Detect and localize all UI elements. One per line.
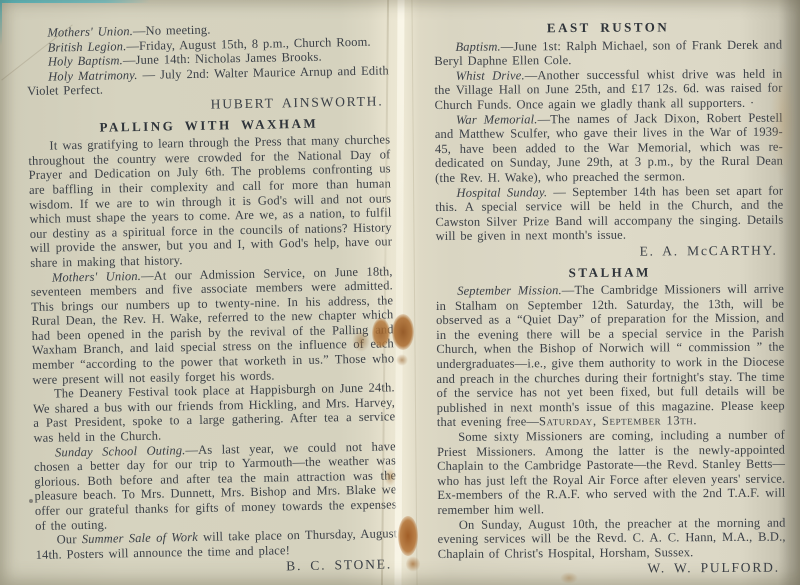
italic-lead-in: Baptism. [455, 39, 500, 53]
paragraph-text: —The Cambridge Missioners will arrive in… [436, 282, 785, 430]
section-heading: STALHAM [436, 264, 784, 281]
paragraph-text: Saturday, September 13th. [539, 414, 697, 429]
italic-lead-in: Sunday School Outing. [55, 443, 186, 459]
italic-lead-in: Hospital Sunday. [456, 185, 547, 200]
italic-lead-in: Mothers' Union. [52, 268, 141, 284]
background-sliver-left [0, 0, 2, 46]
body-paragraph: Mothers' Union.—At our Admission Service… [30, 264, 394, 387]
scanned-magazine-spread: Mothers' Union.—No meeting.British Legio… [0, 0, 800, 585]
italic-lead-in: War Memorial. [456, 112, 538, 127]
body-paragraph: Whist Drive.—Another successful whist dr… [434, 66, 782, 112]
fold-crease [411, 0, 417, 585]
paragraph-text: The Deanery Festival took place at Happi… [33, 381, 395, 445]
ink-speck [29, 499, 33, 503]
author-signature: E. A. McCARTHY. [436, 244, 778, 261]
body-paragraph: War Memorial.—The names of Jack Dixon, R… [435, 110, 784, 185]
fox-stain [398, 516, 418, 556]
paragraph-text: —No meeting. [133, 23, 211, 38]
fox-stain [406, 556, 420, 572]
italic-lead-in: September Mission. [457, 283, 562, 298]
body-paragraph: It was gratifying to learn through the P… [28, 133, 392, 271]
italic-lead-in: British Legion. [48, 39, 127, 54]
left-page-column: Mothers' Union.—No meeting.British Legio… [26, 19, 398, 583]
body-paragraph: Some sixty Missioners are coming, includ… [437, 428, 786, 518]
italic-lead-in: Holy Baptism. [48, 53, 123, 68]
paragraph-text: Some sixty Missioners are coming, includ… [437, 428, 785, 517]
fox-stain [396, 354, 408, 366]
body-paragraph: The Deanery Festival took place at Happi… [33, 381, 396, 446]
body-paragraph: Sunday School Outing.—As last year, we c… [34, 439, 398, 533]
italic-lead-in: Holy Matrimony. [48, 68, 138, 84]
paragraph-text: On Sunday, August 10th, the preacher at … [438, 515, 786, 561]
italic-lead-in: Mothers' Union. [47, 24, 133, 40]
body-paragraph: On Sunday, August 10th, the preacher at … [438, 515, 786, 561]
paragraph-text: It was gratifying to learn through the P… [28, 133, 392, 270]
background-sliver-top [0, 0, 150, 3]
fox-stain [392, 314, 414, 350]
body-paragraph: Hospital Sunday. — September 14th has be… [435, 183, 783, 244]
italic-lead-in: Summer Sale of Work [82, 530, 198, 546]
italic-lead-in: Whist Drive. [456, 68, 525, 82]
body-paragraph: Baptism.—June 1st: Ralph Michael, son of… [434, 37, 782, 69]
body-paragraph: September Mission.—The Cambridge Mission… [436, 282, 785, 430]
paragraph-text: Our [57, 532, 82, 546]
author-signature: W. W. PULFORD. [438, 561, 780, 578]
section-heading: EAST RUSTON [434, 20, 782, 37]
right-page-column: EAST RUSTONBaptism.—June 1st: Ralph Mich… [434, 14, 786, 582]
